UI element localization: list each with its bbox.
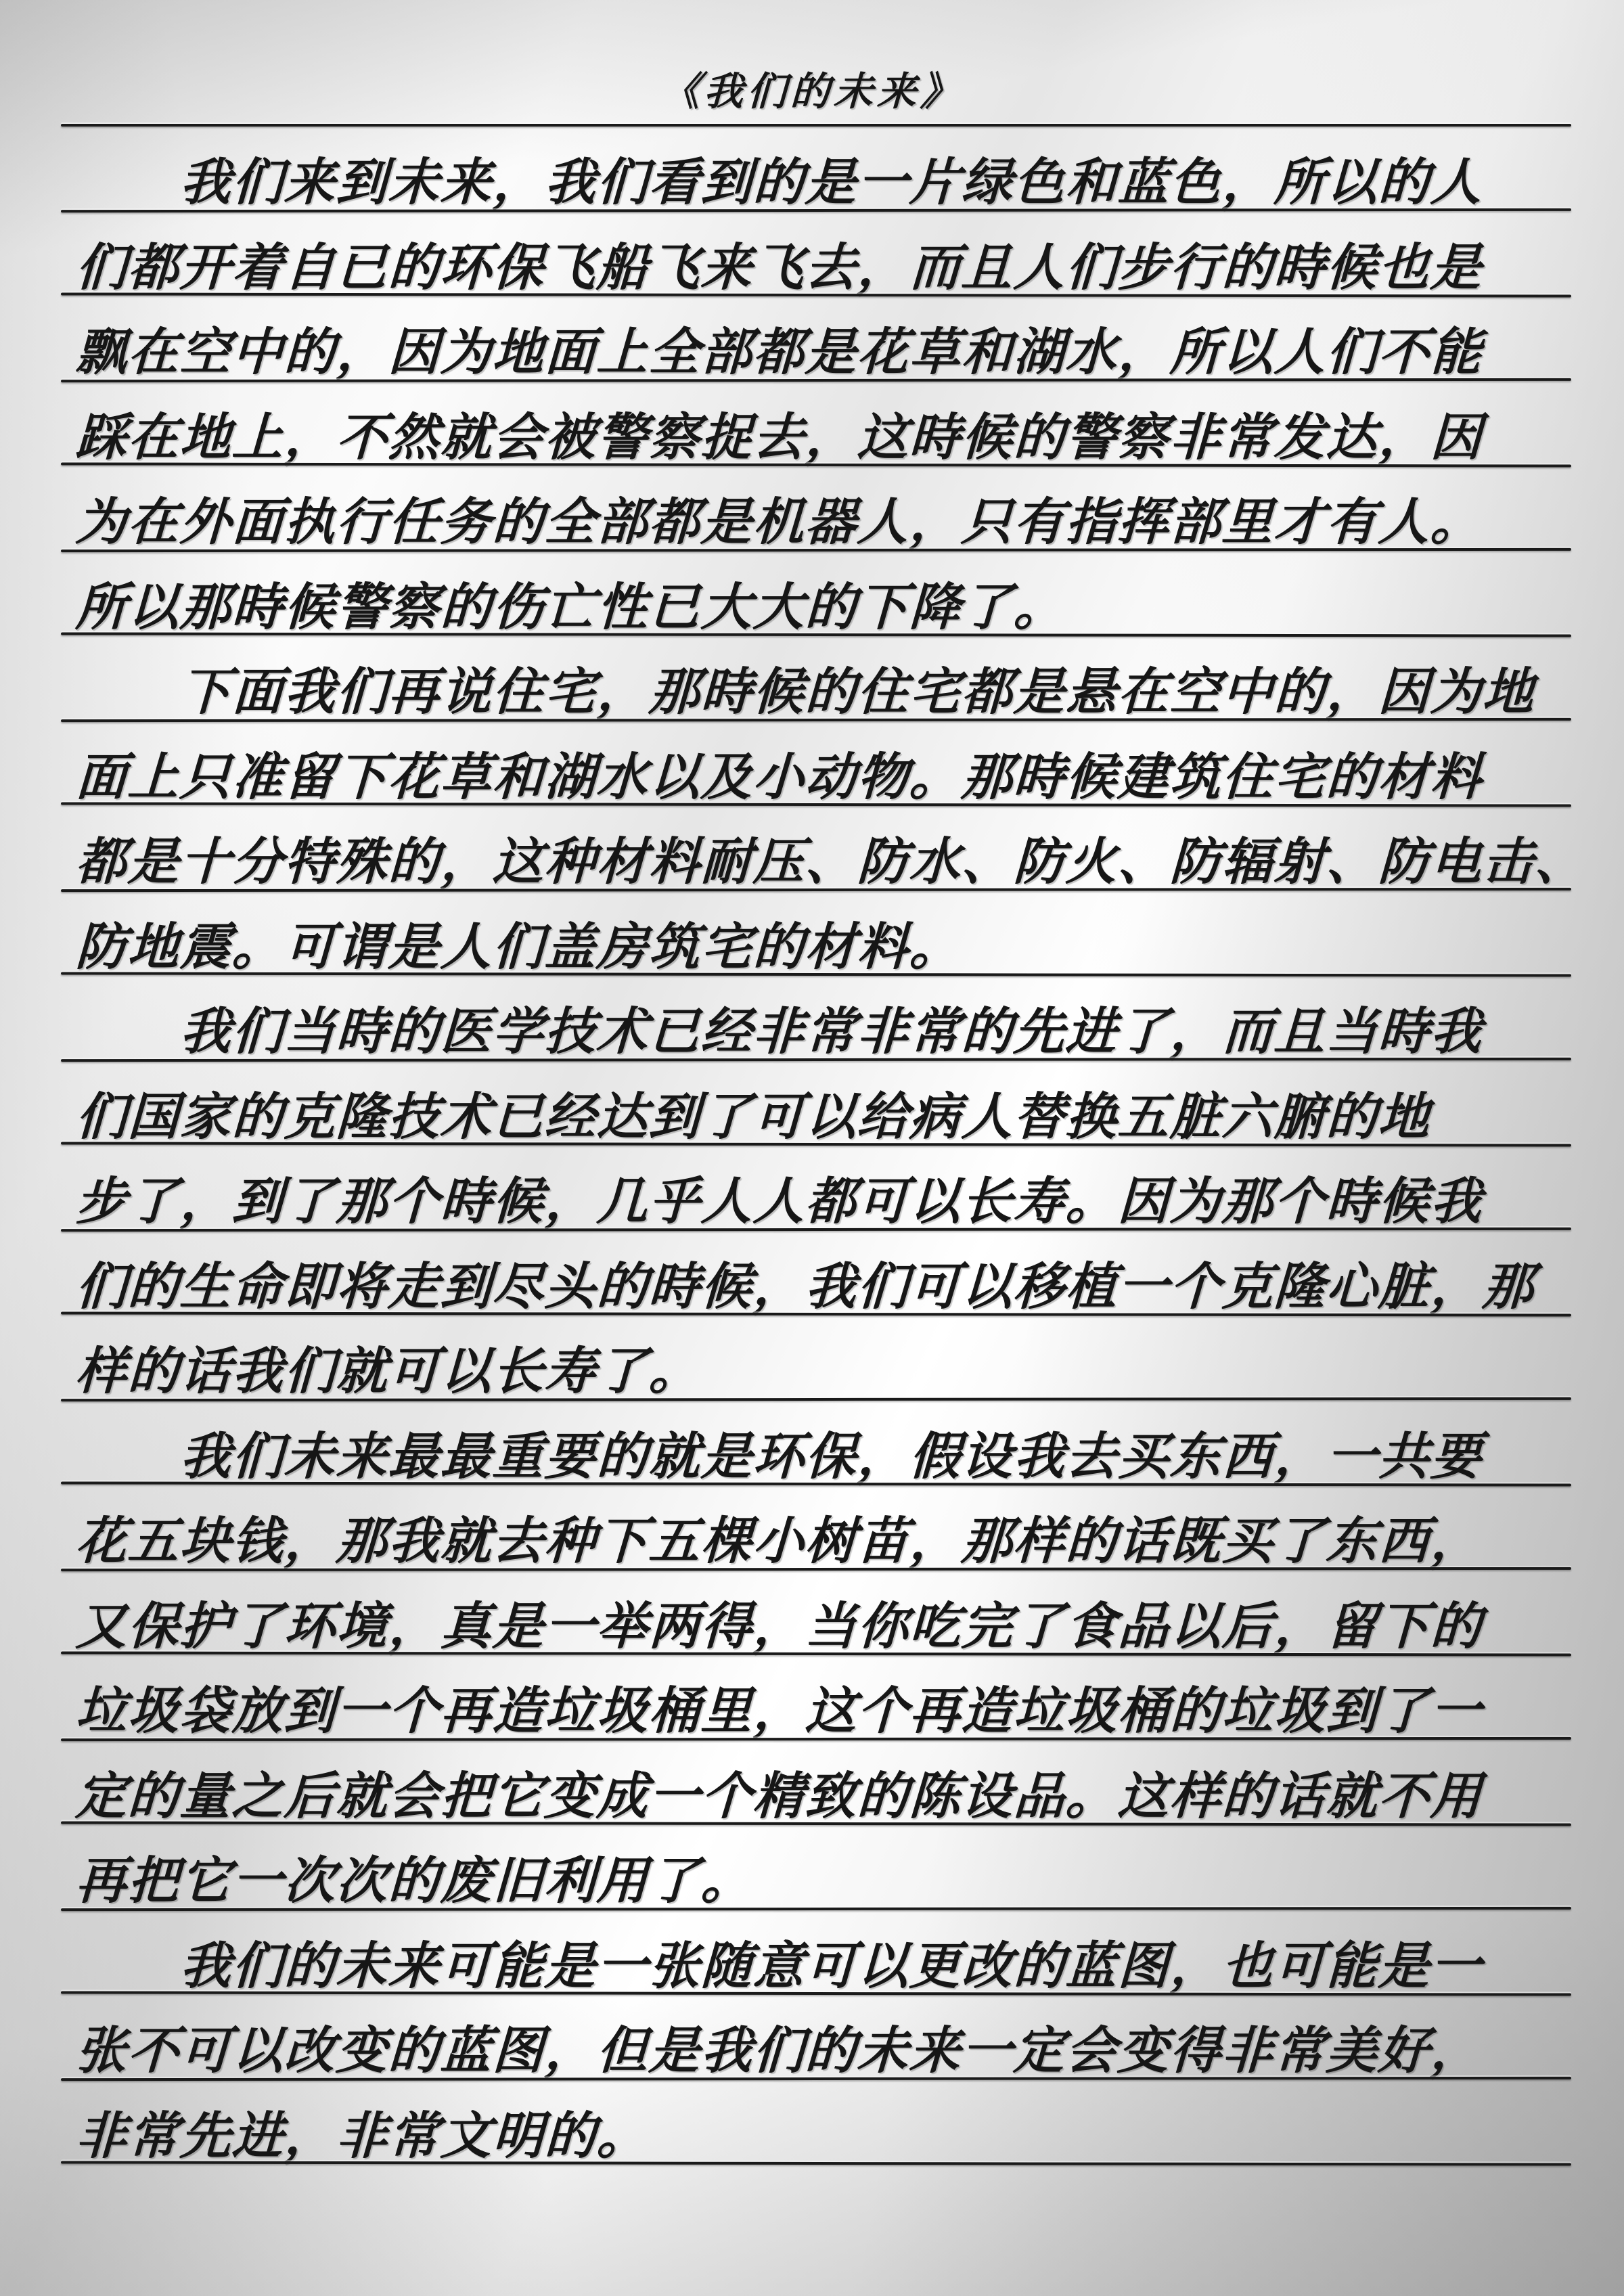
essay-line: 非常先进，非常文明的。 [0,2080,1624,2165]
essay-line: 们都开着自已的环保飞船飞来飞去，而且人们步行的時候也是 [0,212,1624,297]
essay-line: 再把它一次次的废旧利用了。 [0,1825,1624,1910]
essay-title: 《我们的未来》 [660,72,964,112]
essay-line-text: 为在外面执行任务的全部都是机器人，只有指挥部里才有人。 [74,496,1483,548]
essay-line-text: 再把它一次次的废旧利用了。 [75,1855,754,1907]
essay-line: 所以那時候警察的伤亡性已大大的下降了。 [0,552,1624,637]
essay-line: 防地震。可谓是人们盖房筑宅的材料。 [0,891,1624,976]
essay-line: 定的量之后就会把它变成一个精致的陈设品。这样的话就不用 [0,1740,1624,1826]
essay-line-text: 都是十分特殊的，这种材料耐压、防水、防火、防辐射、防电击、 [75,836,1588,888]
essay-line-text: 我们当時的医学技术已经非常非常的先进了，而且当時我 [74,1006,1483,1058]
essay-line-text: 飘在空中的，因为地面上全部都是花草和湖水，所以人们不能 [75,326,1484,378]
essay-line: 我们未来最最重要的就是环保，假设我去买东西，一共要 [0,1401,1624,1486]
essay-line-text: 步了，到了那个時候，几乎人人都可以长寿。因为那个時候我 [75,1175,1484,1228]
essay-line-text: 垃圾袋放到一个再造垃圾桶里，这个再造垃圾桶的垃圾到了一 [75,1685,1484,1737]
essay-line: 飘在空中的，因为地面上全部都是花草和湖水，所以人们不能 [0,296,1624,382]
essay-line: 踩在地上，不然就会被警察捉去，这時候的警察非常发达，因 [0,382,1624,467]
bottom-margin [0,2165,1624,2296]
essay-line: 都是十分特殊的，这种材料耐压、防水、防火、防辐射、防电击、 [0,806,1624,891]
essay-line: 我们的未来可能是一张随意可以更改的蓝图，也可能是一 [0,1910,1624,1996]
essay-line: 我们当時的医学技术已经非常非常的先进了，而且当時我 [0,976,1624,1061]
essay-line-text: 样的话我们就可以长寿了。 [75,1345,702,1397]
essay-line-text: 花五块钱，那我就去种下五棵小树苗，那样的话既买了东西， [74,1515,1483,1567]
essay-line-text: 所以那時候警察的伤亡性已大大的下降了。 [75,581,1067,633]
essay-line-text: 踩在地上，不然就会被警察捉去，这時候的警察非常发达，因 [75,411,1484,464]
essay-line: 面上只准留下花草和湖水以及小动物。那時候建筑住宅的材料 [0,721,1624,807]
essay-line: 花五块钱，那我就去种下五棵小树苗，那样的话既买了东西， [0,1485,1624,1571]
essay-line-text: 们的生命即将走到尽头的時候，我们可以移植一个克隆心脏，那 [74,1261,1535,1313]
essay-line-text: 我们来到未来，我们看到的是一片绿色和蓝色，所以的人 [75,156,1484,208]
essay-line: 我们来到未来，我们看到的是一片绿色和蓝色，所以的人 [0,127,1624,212]
essay-line-text: 下面我们再说住宅，那時候的住宅都是悬在空中的，因为地 [75,666,1536,718]
essay-line-text: 定的量之后就会把它变成一个精致的陈设品。这样的话就不用 [74,1770,1483,1822]
essay-line: 下面我们再说住宅，那時候的住宅都是悬在空中的，因为地 [0,636,1624,721]
essay-line: 们国家的克隆技术已经达到了可以给病人替换五脏六腑的地 [0,1061,1624,1146]
essay-line: 们的生命即将走到尽头的時候，我们可以移植一个克隆心脏，那 [0,1231,1624,1316]
essay-page: 《我们的未来》 我们来到未来，我们看到的是一片绿色和蓝色，所以的人 们都开着自已… [0,0,1624,2296]
essay-line-text: 我们的未来可能是一张随意可以更改的蓝图，也可能是一 [75,1940,1484,1992]
essay-line-text: 我们未来最最重要的就是环保，假设我去买东西，一共要 [75,1431,1484,1483]
title-row: 《我们的未来》 [0,0,1624,127]
essay-line-text: 防地震。可谓是人们盖房筑宅的材料。 [75,921,963,973]
essay-line-text: 非常先进，非常文明的。 [75,2110,650,2162]
essay-line: 为在外面执行任务的全部都是机器人，只有指挥部里才有人。 [0,466,1624,552]
essay-line-text: 们国家的克隆技术已经达到了可以给病人替换五脏六腑的地 [75,1091,1432,1143]
essay-line: 张不可以改变的蓝图，但是我们的未来一定会变得非常美好， [0,1995,1624,2080]
essay-line-text: 张不可以改变的蓝图，但是我们的未来一定会变得非常美好， [74,2025,1483,2077]
essay-line: 步了，到了那个時候，几乎人人都可以长寿。因为那个時候我 [0,1146,1624,1231]
essay-line: 垃圾袋放到一个再造垃圾桶里，这个再造垃圾桶的垃圾到了一 [0,1655,1624,1740]
paper-sheet: 《我们的未来》 我们来到未来，我们看到的是一片绿色和蓝色，所以的人 们都开着自已… [0,0,1624,2296]
essay-line: 样的话我们就可以长寿了。 [0,1315,1624,1401]
essay-line-text: 又保护了环境，真是一举两得，当你吃完了食品以后，留下的 [75,1600,1484,1652]
essay-line: 又保护了环境，真是一举两得，当你吃完了食品以后，留下的 [0,1571,1624,1656]
essay-line-text: 们都开着自已的环保飞船飞来飞去，而且人们步行的時候也是 [74,242,1483,294]
essay-line-text: 面上只准留下花草和湖水以及小动物。那時候建筑住宅的材料 [74,751,1483,803]
